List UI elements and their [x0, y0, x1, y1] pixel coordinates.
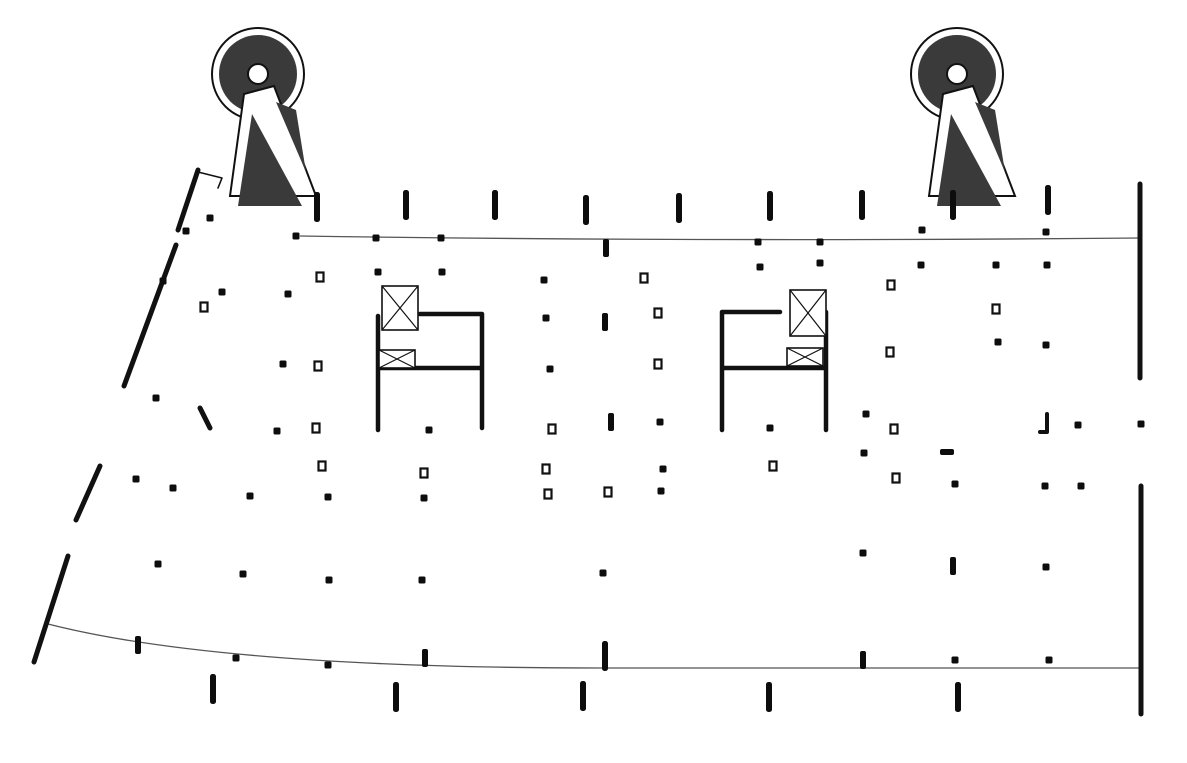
hollow-column [655, 309, 662, 318]
wall-pier-short [422, 649, 428, 667]
elevator-shaft-small [379, 350, 415, 368]
wall-pier [859, 190, 865, 220]
solid-column [660, 466, 667, 473]
solid-column [543, 315, 550, 322]
elevator-shaft-large [790, 290, 826, 336]
solid-column [757, 264, 764, 271]
solid-column [155, 561, 162, 568]
l-shaped-column [1040, 414, 1047, 432]
solid-column [133, 476, 140, 483]
hollow-column [545, 490, 552, 499]
hollow-column [543, 465, 550, 474]
hollow-column [993, 305, 1000, 314]
solid-column [755, 239, 762, 246]
solid-column [918, 262, 925, 269]
wall-pier [766, 682, 772, 712]
solid-column [280, 361, 287, 368]
wall-pier-short [860, 651, 866, 669]
core-walls [378, 314, 482, 430]
slab-edge-bottom [48, 624, 1140, 668]
hollow-column [641, 274, 648, 283]
wall-pier [950, 190, 956, 220]
hollow-column [319, 462, 326, 471]
stair-tower-left [212, 28, 316, 206]
solid-column [240, 571, 247, 578]
solid-column [219, 289, 226, 296]
solid-column [995, 339, 1002, 346]
wall-pier-short [950, 557, 956, 575]
stair-tower-right [911, 28, 1015, 206]
solid-column [919, 227, 926, 234]
floor-plan-drawing [0, 0, 1187, 763]
solid-column [293, 233, 300, 240]
solid-column [170, 485, 177, 492]
wall-pier [580, 681, 586, 711]
solid-column [541, 277, 548, 284]
solid-column [861, 450, 868, 457]
hollow-column [655, 360, 662, 369]
wall-pier [1045, 185, 1051, 215]
solid-column [952, 657, 959, 664]
solid-column [153, 395, 160, 402]
solid-column [326, 577, 333, 584]
hollow-column [315, 362, 322, 371]
tower-core-void [248, 64, 268, 84]
solid-column [183, 228, 190, 235]
solid-column [274, 428, 281, 435]
solid-column [1138, 421, 1145, 428]
wall-pier [767, 191, 773, 221]
facade-notch [198, 172, 222, 188]
solid-column [421, 495, 428, 502]
solid-column [767, 425, 774, 432]
facade-left-mid [76, 466, 100, 520]
hollow-column [770, 462, 777, 471]
wall-pier-short [135, 636, 141, 654]
solid-column [160, 278, 167, 285]
solid-column [247, 493, 254, 500]
hollow-column [313, 424, 320, 433]
wall-pier [393, 682, 399, 712]
wall-pier [210, 674, 216, 704]
wall-pier [492, 190, 498, 220]
solid-column [285, 291, 292, 298]
solid-column [600, 570, 607, 577]
wall-pier [602, 641, 608, 671]
core-right [722, 290, 826, 430]
facade-fragment [200, 408, 210, 428]
elevator-shaft-large [382, 286, 418, 330]
hollow-column [549, 425, 556, 434]
hollow-column [317, 273, 324, 282]
facade-left-upper [124, 245, 176, 386]
hollow-column [891, 425, 898, 434]
solid-column [1075, 422, 1082, 429]
solid-column [952, 481, 959, 488]
solid-column [375, 269, 382, 276]
solid-column [373, 235, 380, 242]
solid-column [1042, 483, 1049, 490]
wall-pier [955, 682, 961, 712]
solid-column [1046, 657, 1053, 664]
hollow-column [893, 474, 900, 483]
solid-column [1078, 483, 1085, 490]
wall-pier [403, 190, 409, 220]
hollow-column [201, 303, 208, 312]
wall-pier [676, 193, 682, 223]
service-cores [378, 286, 826, 430]
solid-column [1043, 229, 1050, 236]
solid-column [860, 550, 867, 557]
hollow-column [421, 469, 428, 478]
wall-pier [314, 192, 320, 222]
facade-left-top [178, 170, 198, 230]
solid-column [233, 655, 240, 662]
solid-column [817, 239, 824, 246]
facade-left-lower [34, 556, 68, 662]
floor-plan-sheet [0, 0, 1187, 763]
hollow-column [605, 488, 612, 497]
solid-column [547, 366, 554, 373]
wall-pier-horizontal [940, 449, 954, 455]
solid-column [438, 235, 445, 242]
solid-column [863, 411, 870, 418]
solid-column [426, 427, 433, 434]
core-left [378, 286, 482, 430]
wall-pier-short [608, 413, 614, 431]
solid-column [993, 262, 1000, 269]
wall-pier-short [603, 239, 609, 257]
hollow-column [887, 348, 894, 357]
solid-column [207, 215, 214, 222]
solid-column [1043, 342, 1050, 349]
elevator-shaft-small [787, 348, 823, 366]
slab-edge-top [300, 236, 1140, 240]
solid-column [419, 577, 426, 584]
tower-core-void [947, 64, 967, 84]
solid-column [817, 260, 824, 267]
solid-column [325, 662, 332, 669]
wall-pier [583, 195, 589, 225]
wall-pier-short [602, 313, 608, 331]
solid-column [325, 494, 332, 501]
solid-column [657, 419, 664, 426]
solid-column [658, 488, 665, 495]
column-grid [133, 185, 1145, 712]
solid-column [1043, 564, 1050, 571]
solid-column [439, 269, 446, 276]
solid-column [1044, 262, 1051, 269]
stair-towers [212, 28, 1015, 206]
slab-edges [34, 170, 1141, 714]
hollow-column [888, 281, 895, 290]
